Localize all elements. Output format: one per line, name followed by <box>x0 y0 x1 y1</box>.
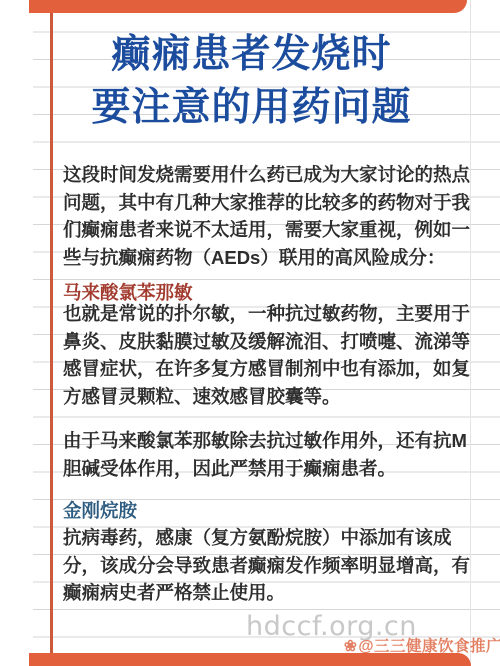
drug2-description-line: 癫痫病史者严格禁止使用。 <box>63 579 470 607</box>
page-edge-line <box>470 0 471 666</box>
drug1-description: 也就是常说的扑尔敏，一种抗过敏药物，主要用于 鼻炎、皮肤黏膜过敏及缓解流泪、打喷… <box>63 300 470 410</box>
intro-line: 们癫痫患者来说不太适用，需要大家重视，例如一 <box>63 216 470 244</box>
drug2-description-line: 分，该成分会导致患者癫痫发作频率明显增高，有 <box>63 552 470 580</box>
drug1-warning-line: 由于马来酸氯苯那敏除去抗过敏作用外，还有抗M <box>63 427 470 455</box>
drug1-description-line: 鼻炎、皮肤黏膜过敏及缓解流泪、打喷嚏、流涕等 <box>63 328 470 356</box>
drug2-description: 抗病毒药，感康（复方氨酚烷胺）中添加有该成 分，该成分会导致患者癫痫发作频率明显… <box>63 524 470 607</box>
drug1-description-line: 也就是常说的扑尔敏，一种抗过敏药物，主要用于 <box>63 300 470 328</box>
top-accent-bar <box>29 0 467 13</box>
credit-watermark-text: @三三健康饮食推广 <box>358 638 500 655</box>
credit-watermark: ❀@三三健康饮食推广 <box>327 634 500 656</box>
drug2-heading: 金刚烷胺 <box>63 497 470 525</box>
drug2-description-line: 抗病毒药，感康（复方氨酚烷胺）中添加有该成 <box>63 524 470 552</box>
drug1-warning: 由于马来酸氯苯那敏除去抗过敏作用外，还有抗M 胆碱受体作用，因此严禁用于癫痫患者… <box>63 427 470 482</box>
intro-line: 些与抗癫痫药物（AEDs）联用的高风险成分： <box>63 244 470 272</box>
drug1-description-line: 方感冒灵颗粒、速效感冒胶囊等。 <box>63 383 470 411</box>
poster-title-line2: 要注意的用药问题 <box>33 81 470 134</box>
poster-title-line1: 癫痫患者发烧时 <box>33 28 470 81</box>
health-poster: 癫痫患者发烧时 要注意的用药问题 这段时间发烧需要用什么药已成为大家讨论的热点 … <box>0 0 500 666</box>
intro-paragraph: 这段时间发烧需要用什么药已成为大家讨论的热点 问题，其中有几种大家推荐的比较多的… <box>63 161 470 271</box>
intro-line: 这段时间发烧需要用什么药已成为大家讨论的热点 <box>63 161 470 189</box>
intro-line: 问题，其中有几种大家推荐的比较多的药物对于我 <box>63 189 470 217</box>
poster-title: 癫痫患者发烧时 要注意的用药问题 <box>33 28 470 134</box>
flower-seal-icon: ❀ <box>344 638 358 655</box>
drug1-warning-line: 胆碱受体作用，因此严禁用于癫痫患者。 <box>63 455 470 483</box>
drug1-description-line: 感冒症状，在许多复方感冒制剂中也有添加，如复 <box>63 355 470 383</box>
